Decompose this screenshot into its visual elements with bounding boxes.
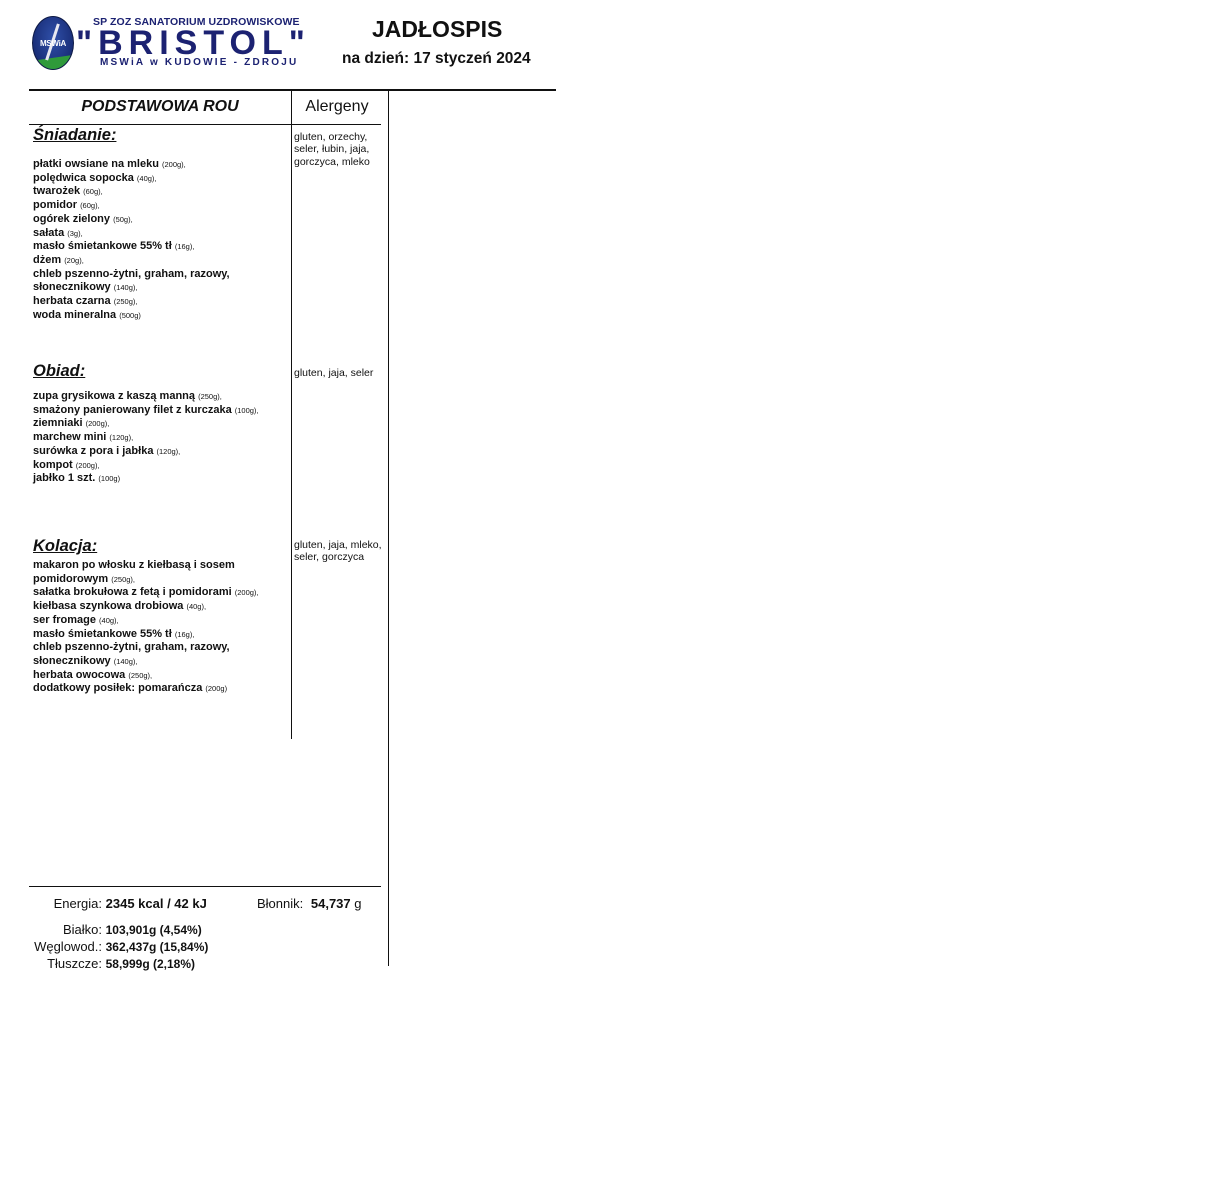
header-row-divider [29,124,381,125]
fat-value: 58,999g (2,18%) [106,957,195,971]
menu-item-quantity: (200g), [86,419,110,428]
menu-item-quantity: (16g), [175,242,195,251]
menu-item-name: jabłko 1 szt. [33,472,95,484]
menu-item-quantity: (200g) [205,684,227,693]
menu-item-name: polędwica sopocka [33,172,137,184]
menu-item: smażony panierowany filet z kurczaka (10… [33,404,289,418]
menu-item: słonecznikowy (140g), [33,281,289,295]
menu-item-quantity: (100g) [98,474,120,483]
menu-item-quantity: (3g), [67,229,82,238]
menu-item-name: herbata czarna [33,295,111,307]
menu-item: pomidor (60g), [33,199,289,213]
menu-item-name: ser fromage [33,614,99,626]
menu-item-name: dodatkowy posiłek: pomarańcza [33,682,202,694]
energy-value: 2345 kcal / 42 kJ [106,896,207,911]
menu-item: makaron po włosku z kiełbasą i sosem [33,559,289,573]
energy-label: Energia: [30,896,102,911]
menu-item: ogórek zielony (50g), [33,213,289,227]
menu-item: marchew mini (120g), [33,431,289,445]
column-divider [291,91,292,739]
energy-row: Energia: 2345 kcal / 42 kJ [30,896,207,911]
menu-item-name: płatki owsiane na mleku [33,158,159,170]
menu-item: płatki owsiane na mleku (200g), [33,158,289,172]
menu-item-name: pomidorowym [33,573,108,585]
summary-divider [29,886,381,887]
menu-item-quantity: (200g), [162,160,186,169]
menu-item-quantity: (120g), [157,447,181,456]
menu-item-name: chleb pszenno-żytni, graham, razowy, [33,268,230,280]
menu-item-quantity: (60g), [83,187,103,196]
menu-item-quantity: (100g), [235,406,259,415]
header-divider [29,89,556,91]
menu-item-name: dżem [33,254,64,266]
fiber-value: 54,737 [311,896,351,911]
menu-item-quantity: (200g), [235,588,259,597]
menu-item-name: słonecznikowy [33,655,111,667]
fiber-unit: g [354,896,361,911]
menu-item-quantity: (140g), [114,657,138,666]
menu-item-name: pomidor [33,199,77,211]
meal-title-supper: Kolacja: [33,537,97,556]
carbs-row: Węglowod.: 362,437g (15,84%) [30,939,208,954]
menu-item: sałatka brokułowa z fetą i pomidorami (2… [33,586,289,600]
allergens-lunch: gluten, jaja, seler [294,367,382,379]
menu-item: kiełbasa szynkowa drobiowa (40g), [33,600,289,614]
carbs-value: 362,437g (15,84%) [106,940,209,954]
fiber-row: Błonnik: 54,737 g [257,896,362,911]
menu-item-name: herbata owocowa [33,669,128,681]
menu-item-quantity: (40g), [99,616,119,625]
menu-item-quantity: (40g), [186,602,206,611]
menu-date: na dzień: 17 styczeń 2024 [342,50,531,68]
menu-item-name: kompot [33,459,73,471]
allergens-column-header: Alergeny [292,98,382,116]
menu-item: dżem (20g), [33,254,289,268]
meal-items-breakfast: płatki owsiane na mleku (200g),polędwica… [33,158,289,322]
carbs-label: Węglowod.: [30,939,102,954]
menu-item: ziemniaki (200g), [33,417,289,431]
menu-item-quantity: (250g), [111,575,135,584]
right-border [388,91,389,966]
menu-item-name: ogórek zielony [33,213,110,225]
menu-item-name: marchew mini [33,431,106,443]
menu-item: herbata owocowa (250g), [33,669,289,683]
menu-column-header: PODSTAWOWA ROU [30,98,290,116]
menu-item-quantity: (20g), [64,256,84,265]
menu-item-quantity: (50g), [113,215,133,224]
protein-value: 103,901g (4,54%) [106,923,202,937]
menu-item-name: masło śmietankowe 55% tł [33,628,172,640]
menu-item: chleb pszenno-żytni, graham, razowy, [33,641,289,655]
menu-item-quantity: (140g), [114,283,138,292]
menu-item-name: zupa grysikowa z kaszą manną [33,390,195,402]
protein-label: Białko: [30,922,102,937]
menu-item: kompot (200g), [33,459,289,473]
menu-item-name: sałata [33,227,64,239]
menu-item-name: chleb pszenno-żytni, graham, razowy, [33,641,230,653]
menu-item: masło śmietankowe 55% tł (16g), [33,628,289,642]
menu-item-quantity: (120g), [109,433,133,442]
menu-item-quantity: (250g), [198,392,222,401]
menu-item: dodatkowy posiłek: pomarańcza (200g) [33,682,289,696]
menu-item: chleb pszenno-żytni, graham, razowy, [33,268,289,282]
menu-item-name: woda mineralna [33,309,116,321]
fat-row: Tłuszcze: 58,999g (2,18%) [30,956,195,971]
menu-item: masło śmietankowe 55% tł (16g), [33,240,289,254]
menu-item-quantity: (60g), [80,201,100,210]
menu-item: surówka z pora i jabłka (120g), [33,445,289,459]
meal-title-breakfast: Śniadanie: [33,126,116,145]
menu-item-name: słonecznikowy [33,281,111,293]
menu-item-name: surówka z pora i jabłka [33,445,153,457]
meal-title-lunch: Obiad: [33,362,85,381]
menu-item-quantity: (250g), [114,297,138,306]
menu-item: ser fromage (40g), [33,614,289,628]
menu-item-quantity: (250g), [128,671,152,680]
menu-item-name: makaron po włosku z kiełbasą i sosem [33,559,235,571]
menu-item: woda mineralna (500g) [33,309,289,323]
sanatorium-logo: MSWiA SP ZOZ SANATORIUM UZDROWISKOWE "BR… [32,14,332,72]
fiber-label: Błonnik: [257,896,303,911]
allergens-supper: gluten, jaja, mleko, seler, gorczyca [294,539,382,564]
fat-label: Tłuszcze: [30,956,102,971]
menu-item: polędwica sopocka (40g), [33,172,289,186]
menu-item-quantity: (500g) [119,311,141,320]
menu-item: słonecznikowy (140g), [33,655,289,669]
menu-item-name: twarożek [33,185,80,197]
menu-item: sałata (3g), [33,227,289,241]
page-title: JADŁOSPIS [372,16,502,43]
menu-item: herbata czarna (250g), [33,295,289,309]
protein-row: Białko: 103,901g (4,54%) [30,922,202,937]
menu-item-name: kiełbasa szynkowa drobiowa [33,600,183,612]
menu-item-quantity: (16g), [175,630,195,639]
menu-item: zupa grysikowa z kaszą manną (250g), [33,390,289,404]
menu-item-name: sałatka brokułowa z fetą i pomidorami [33,586,232,598]
menu-item: jabłko 1 szt. (100g) [33,472,289,486]
mswia-emblem-icon: MSWiA [32,16,74,70]
menu-item-quantity: (40g), [137,174,157,183]
allergens-breakfast: gluten, orzechy, seler, łubin, jaja, gor… [294,131,382,168]
logo-line-3: MSWiA w KUDOWIE - ZDROJU [100,57,298,68]
meal-items-supper: makaron po włosku z kiełbasą i sosem pom… [33,559,289,696]
menu-item: pomidorowym (250g), [33,573,289,587]
menu-item-name: ziemniaki [33,417,86,429]
menu-item: twarożek (60g), [33,185,289,199]
menu-item-name: masło śmietankowe 55% tł [33,240,172,252]
menu-item-quantity: (200g), [76,461,100,470]
menu-item-name: smażony panierowany filet z kurczaka [33,404,232,416]
meal-items-lunch: zupa grysikowa z kaszą manną (250g),smaż… [33,390,289,486]
